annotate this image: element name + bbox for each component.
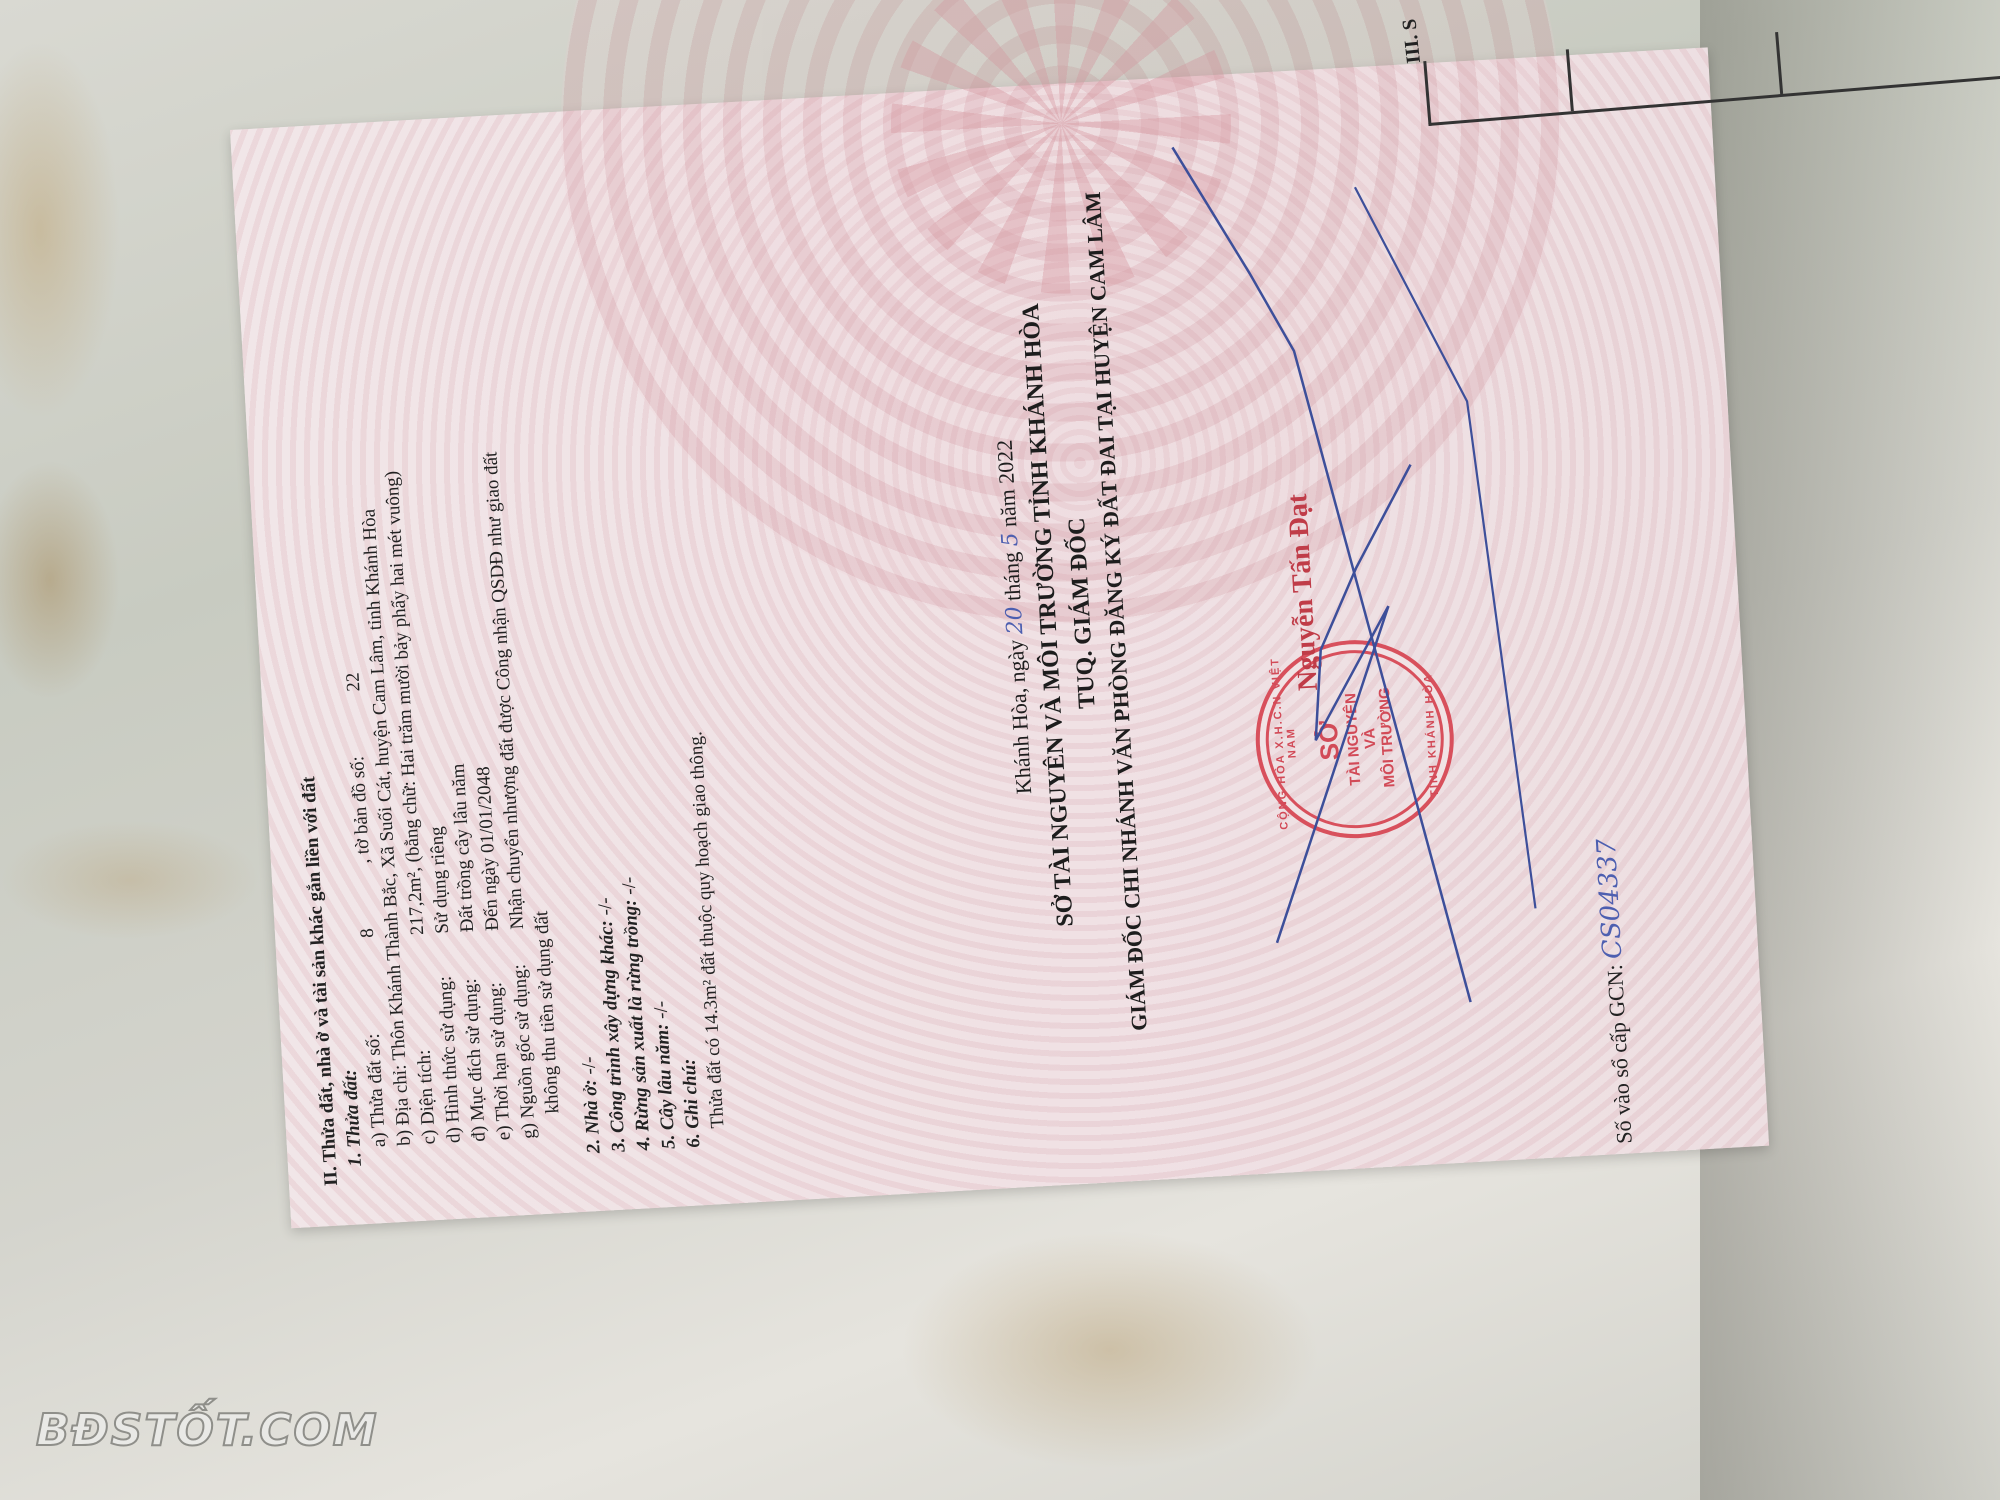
official-red-seal: CỘNG HÒA X.H.C.N VIỆT NAM SỞ TÀI NGUYÊN … (1250, 635, 1459, 844)
month-label: tháng (998, 551, 1026, 601)
year-label: năm 2022 (992, 439, 1022, 528)
house-value: -/- (578, 1056, 600, 1075)
seal-line-4: MÔI TRƯỜNG (1376, 687, 1399, 788)
construction-value: -/- (594, 897, 616, 916)
gcn-label: Số vào sổ cấp GCN: (1602, 964, 1637, 1145)
marble-texture (0, 820, 260, 940)
perennial-value: -/- (650, 1000, 672, 1019)
seal-line-3: VÀ (1361, 727, 1379, 749)
handwritten-month: 5 (998, 532, 1024, 547)
house-label: 2. Nhà ở: (580, 1079, 605, 1154)
land-use-certificate-page: III. S II. Thửa đất, nhà ở và tài sản kh… (230, 47, 1769, 1228)
section-3-header: III. S (1398, 18, 1426, 65)
parcel-number: 8 (357, 928, 378, 939)
marble-texture (900, 1230, 1320, 1470)
certificate-content: II. Thửa đất, nhà ở và tài sản khác gắn … (230, 47, 1769, 1228)
place-date-prefix: Khánh Hòa, ngày (1003, 639, 1037, 795)
seal-line-1: SỞ (1313, 720, 1346, 761)
gcn-registry-number: Số vào sổ cấp GCN: CS04337 (1592, 838, 1639, 1145)
seal-ring-bottom: TỈNH KHÁNH HÒA (1422, 673, 1441, 797)
signature-block: Khánh Hòa, ngày 20 tháng 5 năm 2022 SỞ T… (969, 81, 1163, 1147)
site-watermark: BĐSTỐT.COM (36, 1405, 379, 1456)
address-label: b) Địa chỉ: (389, 1064, 415, 1146)
perennial-label: 5. Cây lâu năm: (652, 1023, 680, 1150)
marble-texture (0, 40, 120, 420)
handwritten-day: 20 (1002, 606, 1029, 635)
map-sheet-number: 22 (342, 672, 367, 752)
section-2-land-details: II. Thửa đất, nhà ở và tài sản khác gắn … (263, 165, 732, 1187)
forest-value: -/- (618, 876, 640, 895)
gcn-value: CS04337 (1592, 838, 1629, 960)
marble-texture (0, 460, 120, 700)
